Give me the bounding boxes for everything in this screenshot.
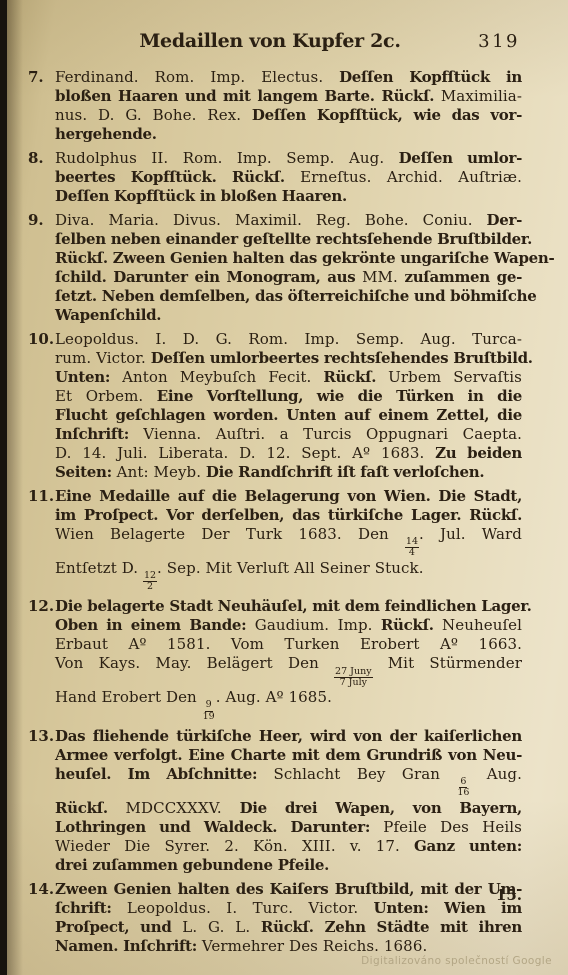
antiqua-text: Vermehrer Des Reichs. 1686. [202,937,428,955]
fraktur-text: Deſſen Kopfſtück, wie das vor- [252,106,522,124]
entry-line: Proſpect, und L. G. L. Rückſ. Zehn Städt… [55,918,522,937]
antiqua-text: Mit Stürmender [388,654,522,672]
catchword: 15. [496,886,522,904]
fraktur-text: Rückſ. [323,368,376,386]
entry-number: 8. [28,149,44,168]
fraktur-text: Rückſ. [381,616,434,634]
entry-line: ſchild. Darunter ein Monogram, aus MM. z… [55,268,522,287]
fraktur-text: Ganz unten: [414,837,522,855]
antiqua-text: Wieder Die Syrer. 2. Kön. XIII. v. 17. [55,837,400,855]
catalog-entry: 12.Die belagerte Stadt Neuhäuſel, mit de… [28,597,522,721]
catalog-entry: 10.Leopoldus. I. D. G. Rom. Imp. Semp. A… [28,330,522,482]
fraktur-text: Inſchrift: [55,425,129,443]
fraktur-text: Proſpect, und [55,918,172,936]
entry-line: Wien Belagerte Der Turk 1683. Den 144. J… [55,525,522,559]
antiqua-text: rum. Victor. [55,349,146,367]
fraktur-text: hergehende. [55,125,157,143]
entry-line: Rückſ. MDCCXXXV. Die drei Wapen, von Bay… [55,799,522,818]
entry-line: Seiten: Ant: Meyb. Die Randſchrift iſt f… [55,463,522,482]
entry-line: Eine Medaille auf die Belagerung von Wie… [55,487,522,506]
entry-number: 10. [28,330,54,349]
entry-line: nus. D. G. Bohe. Rex. Deſſen Kopfſtück, … [55,106,522,125]
antiqua-text: Erneſtus. Archid. Auſtriæ. [300,168,522,186]
scan-gutter-edge [0,0,7,975]
page-number: 319 [456,31,520,52]
page-header: Medaillen von Kupfer 2c. 319 [84,30,520,52]
antiqua-text: Vienna. Auſtri. a Turcis Oppugnari Caept… [143,425,522,443]
antiqua-text: Urbem Servaſtis [388,368,522,386]
entry-number: 11. [28,487,54,506]
entry-line: Armee verfolgt. Eine Charte mit dem Grun… [55,746,522,765]
entry-line: D. 14. Juli. Liberata. D. 12. Sept. Aº 1… [55,444,522,463]
date-fraction: 144 [405,537,419,559]
entry-line: Et Orbem. Eine Vorſtellung, wie die Türk… [55,387,522,406]
fraktur-text: Zween Genien halten des Kaiſers Bruſtbil… [55,880,522,898]
antiqua-text: Hand Erobert Den [55,688,197,706]
antiqua-text: D. 14. Juli. Liberata. D. 12. Sept. Aº 1… [55,444,424,462]
antiqua-text: . Sep. Mit Verluſt All Seiner Stuck. [157,559,424,577]
fraktur-text: Rückſ. [55,799,108,817]
entry-line: Oben in einem Bande: Gaudium. Imp. Rückſ… [55,616,522,635]
entry-line: Erbaut Aº 1581. Vom Turken Erobert Aº 16… [55,635,522,654]
fraktur-text: Deſſen umlor- [399,149,522,167]
catalog-entry: 8.Rudolphus II. Rom. Imp. Semp. Aug. Deſ… [28,149,522,206]
entry-line: Wieder Die Syrer. 2. Kön. XIII. v. 17. G… [55,837,522,856]
antiqua-text: Leopoldus. I. Turc. Victor. [127,899,358,917]
fraktur-text: zuſammen ge- [404,268,522,286]
entry-line: Hand Erobert Den 919. Aug. Aº 1685. [55,688,522,722]
fraktur-text: Armee verfolgt. Eine Charte mit dem Grun… [55,746,522,764]
fraktur-text: Die belagerte Stadt Neuhäuſel, mit dem f… [55,597,532,615]
antiqua-text: Et Orbem. [55,387,143,405]
fraktur-text: Rückſ. Zween Genien halten das gekrönte … [55,249,554,267]
entry-line: Das fliehende türkiſche Heer, wird von d… [55,727,522,746]
entry-line: Zween Genien halten des Kaiſers Bruſtbil… [55,880,522,899]
antiqua-text: Leopoldus. I. D. G. Rom. Imp. Semp. Aug.… [55,330,522,348]
entry-line: Leopoldus. I. D. G. Rom. Imp. Semp. Aug.… [55,330,522,349]
entry-line: im Proſpect. Vor derſelben, das türkiſch… [55,506,522,525]
fraktur-text: ſelben neben einander geſtellte rechtsſe… [55,230,532,248]
entry-line: Wapenſchild. [55,306,522,325]
entry-line: Unten: Anton Meybuſch Fecit. Rückſ. Urbe… [55,368,522,387]
fraktur-text: Eine Vorſtellung, wie die Türken in die [157,387,522,405]
entry-line: Die belagerte Stadt Neuhäuſel, mit dem f… [55,597,522,616]
gutter-shadow [7,0,23,975]
fraktur-text: Oben in einem Bande: [55,616,246,634]
antiqua-text: nus. D. G. Bohe. Rex. [55,106,241,124]
date-fraction: 616 [456,777,470,799]
antiqua-text: Schlacht Bey Gran [273,765,440,783]
fraktur-text: ſchild. Darunter ein Monogram, aus [55,268,355,286]
antiqua-text: Entſetzt D. [55,559,138,577]
fraktur-text: Deſſen umlorbeertes rechtsſehendes Bruſt… [151,349,533,367]
fraktur-text: drei zuſammen gebundene Pfeile. [55,856,329,874]
fraktur-text: beertes Kopfſtück. Rückſ. [55,168,285,186]
fraktur-text: bloßen Haaren und mit langem Barte. Rück… [55,87,434,105]
entry-number: 7. [28,68,44,87]
entry-line: hergehende. [55,125,522,144]
entry-number: 12. [28,597,54,616]
entry-number: 9. [28,211,44,230]
entry-number: 14. [28,880,54,899]
fraktur-text: Deſſen Kopfſtück in [339,68,522,86]
fraktur-text: Unten: [55,368,110,386]
fraktur-text: Deſſen Kopfſtück in bloßen Haaren. [55,187,347,205]
catalog-entry: 14.Zween Genien halten des Kaiſers Bruſt… [28,880,522,956]
catalog-entries: 7.Ferdinand. Rom. Imp. Electus. Deſſen K… [28,68,522,961]
running-title: Medaillen von Kupfer 2c. [84,30,456,52]
fraktur-text: ſchrift: [55,899,112,917]
antiqua-text: Aug. [487,765,522,783]
book-page-scan: Medaillen von Kupfer 2c. 319 7.Ferdinand… [0,0,568,975]
antiqua-text: Ferdinand. Rom. Imp. Electus. [55,68,323,86]
entry-line: Flucht geſchlagen worden. Unten auf eine… [55,406,522,425]
antiqua-text: L. G. L. [182,918,250,936]
antiqua-text: Gaudium. Imp. [255,616,373,634]
entry-line: Deſſen Kopfſtück in bloßen Haaren. [55,187,522,206]
fraktur-text: ſetzt. Neben demſelben, das öſterreichiſ… [55,287,536,305]
entry-line: Rückſ. Zween Genien halten das gekrönte … [55,249,522,268]
catalog-entry: 7.Ferdinand. Rom. Imp. Electus. Deſſen K… [28,68,522,144]
antiqua-text: . Jul. [419,525,466,543]
date-fraction: 27 Juny7 July [334,667,373,689]
fraktur-text: Die drei Wapen, von Bayern, [240,799,522,817]
entry-line: Ferdinand. Rom. Imp. Electus. Deſſen Kop… [55,68,522,87]
entry-line: ſetzt. Neben demſelben, das öſterreichiſ… [55,287,522,306]
antiqua-text: MM. [362,268,398,286]
fraktur-text: Rückſ. Zehn Städte mit ihren [261,918,522,936]
antiqua-text: Wien Belagerte Der Turk 1683. Den [55,525,389,543]
entry-line: Von Kays. May. Belägert Den 27 Juny7 Jul… [55,654,522,688]
antiqua-text: Maximilia- [441,87,522,105]
entry-line: Namen. Inſchrift: Vermehrer Des Reichs. … [55,937,522,956]
google-watermark: Digitalizováno společností Google [361,955,552,967]
antiqua-text: Rudolphus II. Rom. Imp. Semp. Aug. [55,149,384,167]
fraktur-text: Wapenſchild. [55,306,161,324]
catalog-entry: 9.Diva. Maria. Divus. Maximil. Reg. Bohe… [28,211,522,325]
fraktur-text: Zu beiden [435,444,522,462]
entry-line: ſchrift: Leopoldus. I. Turc. Victor. Unt… [55,899,522,918]
antiqua-text: . Aug. Aº 1685. [216,688,332,706]
fraktur-text: Die Randſchrift iſt faſt verloſchen. [206,463,484,481]
catalog-entry: 11.Eine Medaille auf die Belagerung von … [28,487,522,592]
entry-line: beertes Kopfſtück. Rückſ. Erneſtus. Arch… [55,168,522,187]
antiqua-text: Neuheuſel [442,616,522,634]
fraktur-text: Flucht geſchlagen worden. Unten auf eine… [55,406,522,424]
date-fraction: 919 [202,700,216,722]
entry-line: ſelben neben einander geſtellte rechtsſe… [55,230,522,249]
fraktur-text: im Proſpect. Vor derſelben, das türkiſch… [55,506,522,524]
antiqua-text: Diva. Maria. Divus. Maximil. Reg. Bohe. … [55,211,473,229]
entry-line: rum. Victor. Deſſen umlorbeertes rechtsſ… [55,349,522,368]
fraktur-text: Der- [487,211,522,229]
antiqua-text: Von Kays. May. Belägert Den [55,654,319,672]
catalog-entry: 13.Das fliehende türkiſche Heer, wird vo… [28,727,522,875]
fraktur-text: Lothringen und Waldeck. Darunter: [55,818,370,836]
fraktur-text: Seiten: [55,463,112,481]
date-fraction: 122 [143,571,157,593]
fraktur-text: Namen. Inſchrift: [55,937,197,955]
entry-line: heuſel. Im Abſchnitte: Schlacht Bey Gran… [55,765,522,799]
entry-line: drei zuſammen gebundene Pfeile. [55,856,522,875]
fraktur-text: heuſel. Im Abſchnitte: [55,765,257,783]
entry-line: Entſetzt D. 122. Sep. Mit Verluſt All Se… [55,559,522,593]
entry-line: Diva. Maria. Divus. Maximil. Reg. Bohe. … [55,211,522,230]
antiqua-text: Anton Meybuſch Fecit. [122,368,311,386]
entry-line: Rudolphus II. Rom. Imp. Semp. Aug. Deſſe… [55,149,522,168]
entry-number: 13. [28,727,54,746]
antiqua-text: MDCCXXXV. [126,799,222,817]
antiqua-text: Pfeile Des Heils [383,818,522,836]
entry-line: Inſchrift: Vienna. Auſtri. a Turcis Oppu… [55,425,522,444]
entry-line: bloßen Haaren und mit langem Barte. Rück… [55,87,522,106]
fraktur-text: Eine Medaille auf die Belagerung von Wie… [55,487,522,505]
antiqua-text: Ant: Meyb. [117,463,201,481]
antiqua-text: Erbaut Aº 1581. Vom Turken Erobert Aº 16… [55,635,522,653]
fraktur-text: Das fliehende türkiſche Heer, wird von d… [55,727,522,745]
antiqua-text: Ward [482,525,522,543]
entry-line: Lothringen und Waldeck. Darunter: Pfeile… [55,818,522,837]
